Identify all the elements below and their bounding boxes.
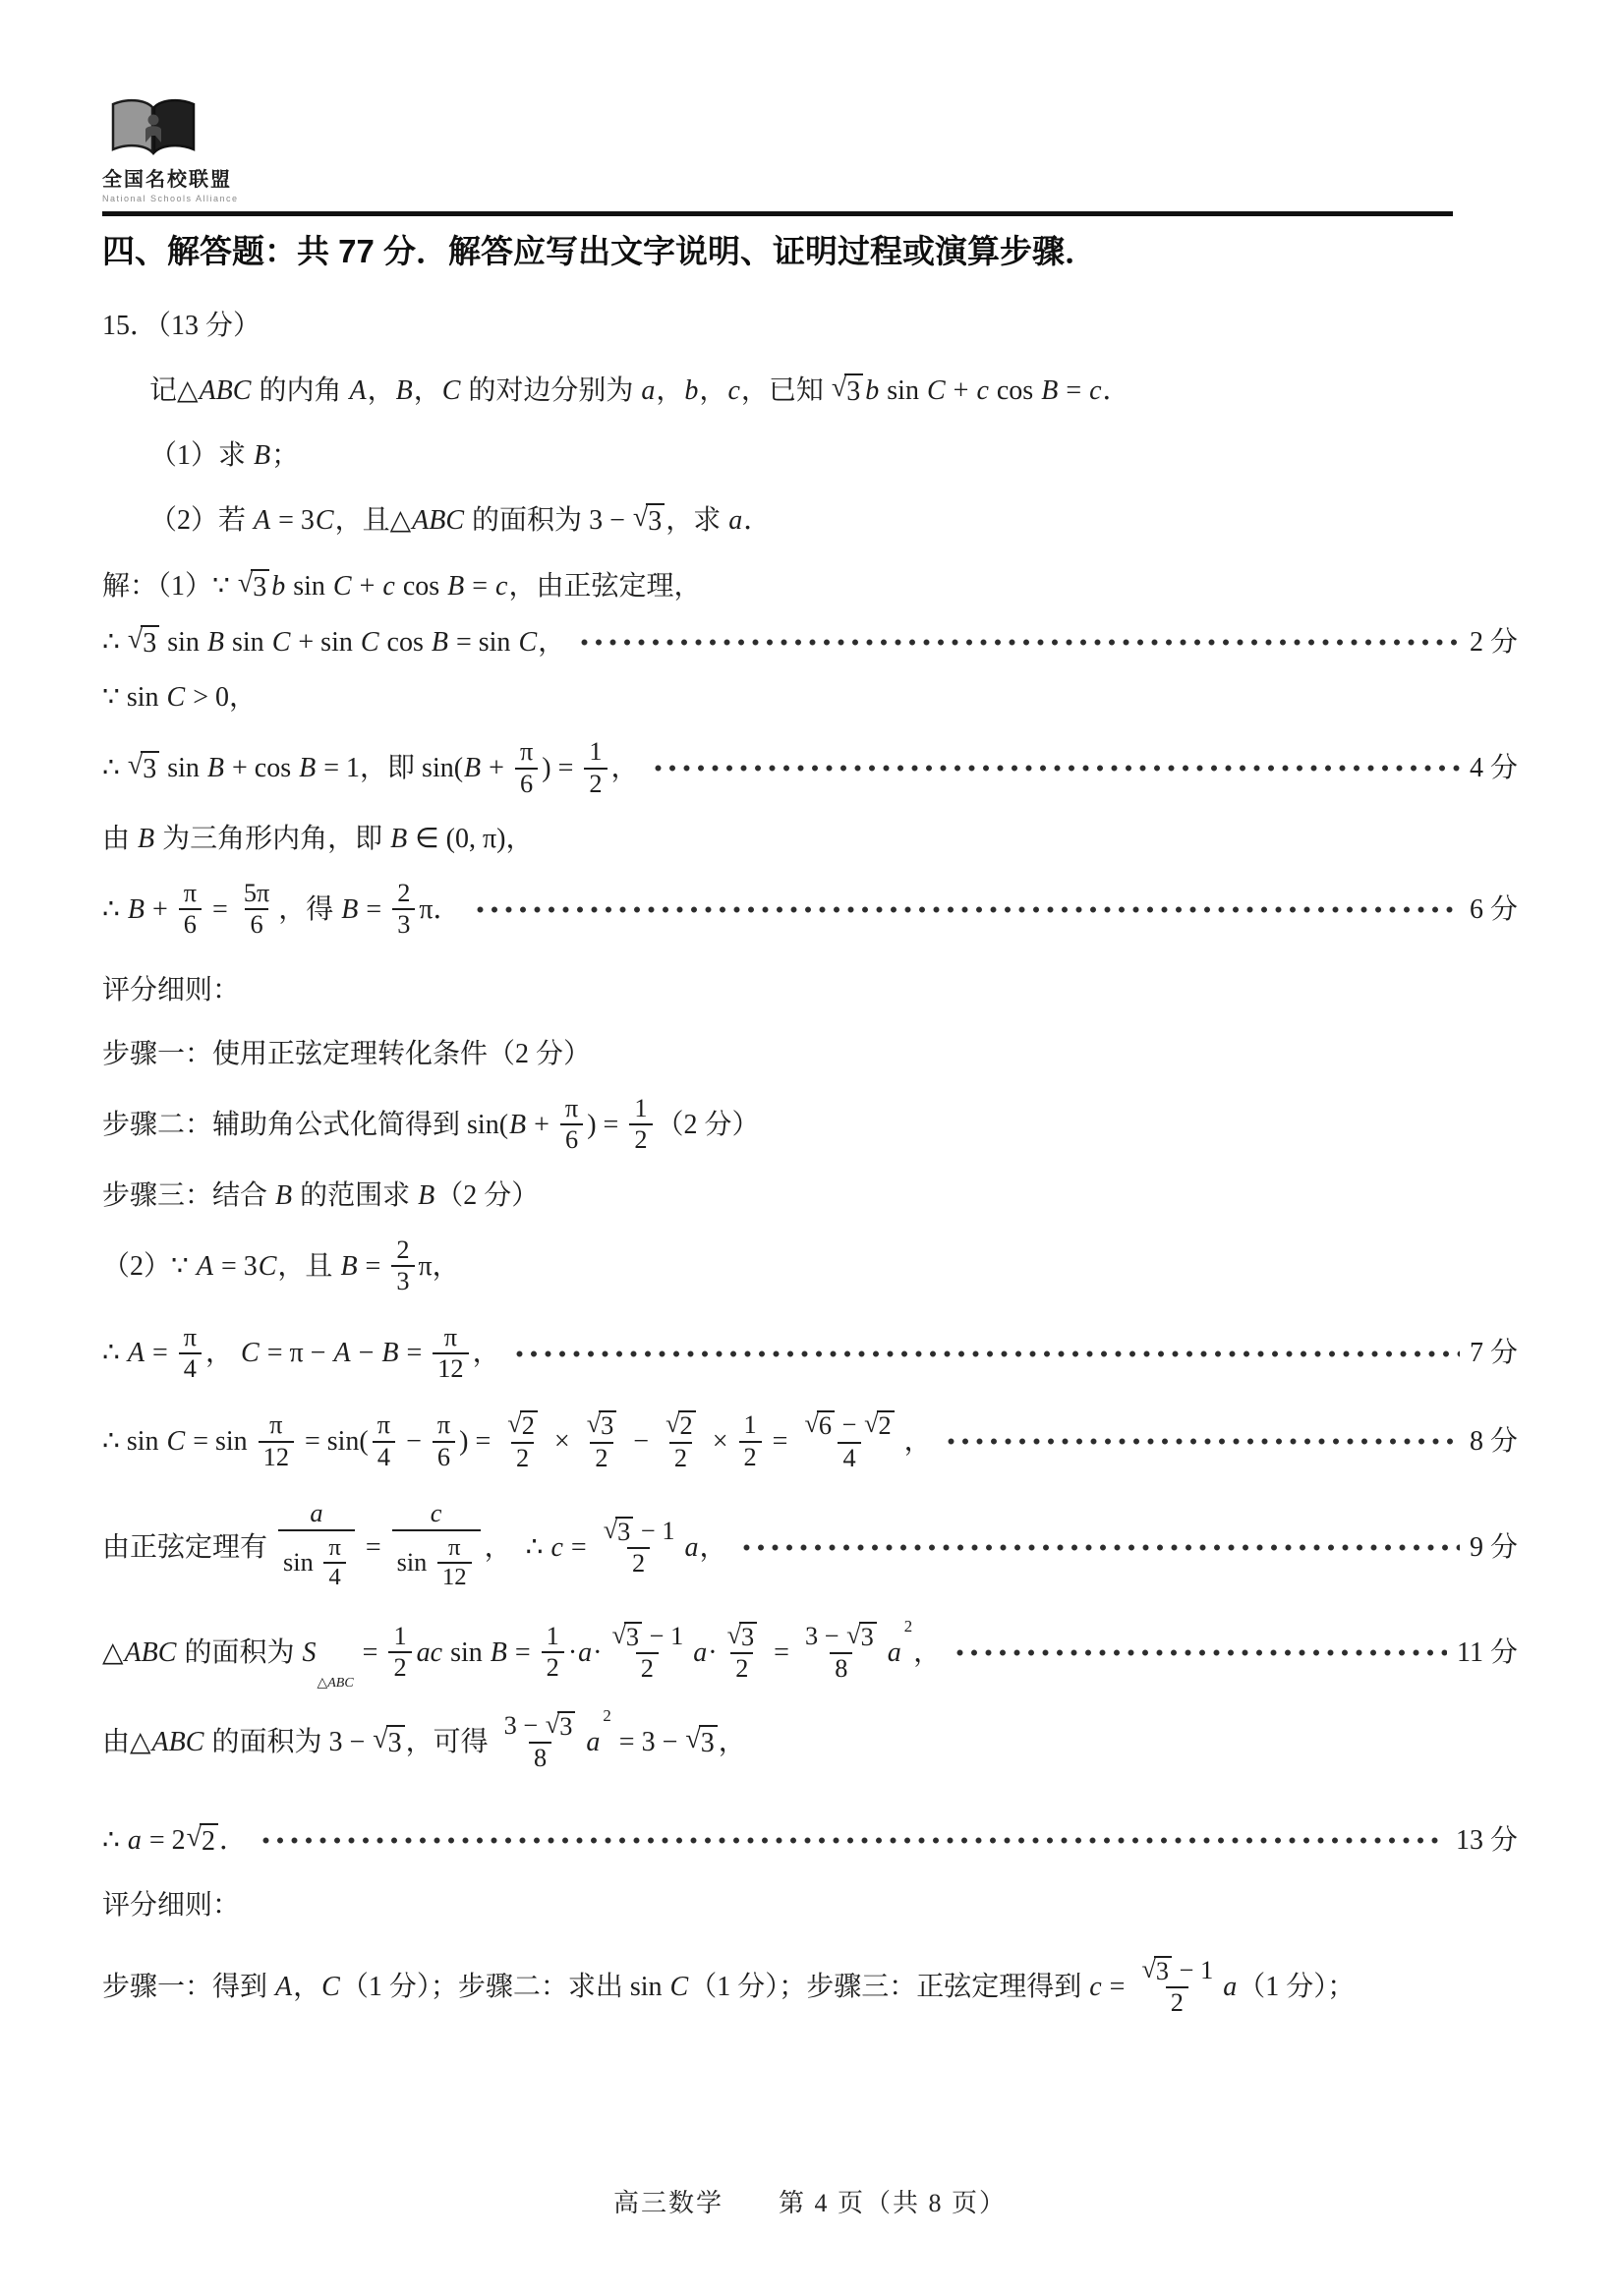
numerator: √3 bbox=[722, 1621, 764, 1652]
math-roman: = bbox=[508, 1636, 538, 1669]
chinese-text: ，可得 bbox=[406, 1726, 495, 1758]
numerator: 3 − √3 bbox=[800, 1621, 883, 1652]
denominator: 3 bbox=[392, 908, 415, 940]
math-variable: A bbox=[348, 374, 367, 407]
math-roman: cos bbox=[380, 626, 431, 659]
math-variable: B bbox=[431, 626, 449, 659]
math-roman: 3 bbox=[1156, 1958, 1169, 1985]
chinese-text: （1 分）； bbox=[1238, 1971, 1355, 2003]
denominator: 2 bbox=[1166, 1986, 1188, 2018]
chinese-text: （2 分） bbox=[435, 1179, 539, 1212]
math-roman: sin bbox=[286, 570, 332, 603]
solution-line-10: 由正弦定理有 asin π4 = csin π12， ∴ c = √3 − 12… bbox=[102, 1497, 1518, 1597]
math-roman: 3 bbox=[559, 1713, 572, 1741]
math-roman: cos bbox=[396, 570, 446, 603]
chinese-text: ． bbox=[1103, 374, 1130, 407]
denominator: 6 bbox=[433, 1441, 455, 1472]
chinese-text: ， bbox=[433, 1250, 460, 1283]
chinese-text: 步骤三：结合 bbox=[102, 1179, 274, 1212]
math-variable: B bbox=[508, 1109, 527, 1141]
fraction: π12 bbox=[433, 1323, 468, 1385]
denominator: 6 bbox=[245, 908, 267, 940]
math-variable: ac bbox=[416, 1636, 443, 1669]
math-roman: = bbox=[359, 893, 388, 926]
math-variable: B bbox=[137, 823, 155, 855]
math-roman: ∵ sin bbox=[102, 681, 166, 714]
math-roman: 3 bbox=[617, 1519, 630, 1546]
math-variable: ABC bbox=[411, 504, 465, 537]
math-roman: π bbox=[419, 893, 433, 926]
math-roman: = 2 bbox=[143, 1824, 186, 1857]
dotted-leader bbox=[581, 639, 1460, 646]
math-roman: 2 bbox=[735, 1655, 748, 1683]
line-content: ∴ a = 2√2． bbox=[102, 1823, 247, 1858]
math-roman: 2 bbox=[632, 1550, 645, 1578]
math-roman: 3 bbox=[396, 1268, 409, 1295]
numerator: π bbox=[179, 1323, 202, 1352]
chinese-text: ，得 bbox=[278, 893, 340, 926]
line-content: ∴ √3 sin B + cos B = 1，即 sin(B + π6) = 1… bbox=[102, 735, 639, 801]
denominator: 8 bbox=[830, 1652, 852, 1684]
math-roman: = 3 bbox=[214, 1250, 258, 1283]
denominator: 2 bbox=[511, 1442, 534, 1473]
math-roman: 3 bbox=[143, 627, 156, 660]
denominator: 12 bbox=[433, 1352, 468, 1384]
math-roman: 2 bbox=[393, 1654, 406, 1682]
radicand: 2 bbox=[520, 1410, 538, 1440]
math-roman: + cos bbox=[225, 752, 298, 784]
radicand: 3 bbox=[1154, 1956, 1172, 1985]
sqrt-radical: √3 bbox=[1141, 1956, 1172, 1985]
chinese-text: （2）若 bbox=[149, 504, 253, 537]
radicand: 2 bbox=[678, 1410, 696, 1440]
numerator: 1 bbox=[629, 1094, 652, 1123]
denominator: 4 bbox=[179, 1352, 202, 1384]
chinese-text: （1 分）；步骤三：正弦定理得到 bbox=[689, 1971, 1088, 2003]
math-roman: 1 bbox=[547, 1623, 559, 1650]
math-variable: ABC bbox=[151, 1726, 205, 1758]
denominator: 2 bbox=[584, 768, 607, 799]
math-roman: 3 − bbox=[805, 1623, 845, 1650]
numerator: π bbox=[560, 1094, 583, 1123]
part2-question: （2）若 A = 3C，且△ABC 的面积为 3 − √3，求 a． bbox=[149, 503, 1518, 538]
numerator: √2 bbox=[501, 1409, 544, 1441]
math-roman: = 3 − bbox=[612, 1726, 685, 1758]
math-variable: c bbox=[550, 1531, 563, 1564]
chinese-text: 评分细则： bbox=[102, 974, 240, 1006]
chinese-text: 的面积为 bbox=[465, 504, 589, 537]
chinese-text: ，即 bbox=[360, 752, 422, 784]
math-roman: 2 bbox=[397, 880, 410, 907]
dotted-leader bbox=[948, 1438, 1460, 1445]
solution-line-8: ∴ A = π4， C = π − A − B = π12，7 分 bbox=[102, 1321, 1518, 1387]
superscript: 2 bbox=[603, 1706, 610, 1726]
line-content: 步骤一：使用正弦定理转化条件（2 分） bbox=[102, 1038, 591, 1070]
denominator: 2 bbox=[590, 1442, 612, 1473]
dotted-leader bbox=[956, 1649, 1447, 1656]
sqrt-radical: √3 bbox=[611, 1622, 642, 1651]
math-roman: 2 bbox=[522, 1412, 535, 1440]
numerator: √3 − 1 bbox=[1135, 1955, 1218, 1986]
math-variable: B bbox=[1040, 374, 1059, 407]
math-roman: > 0 bbox=[186, 681, 229, 714]
line-content: 由正弦定理有 asin π4 = csin π12， ∴ c = √3 − 12… bbox=[102, 1497, 727, 1597]
radicand: 3 bbox=[386, 1725, 405, 1759]
math-roman: = bbox=[767, 1636, 796, 1669]
math-variable: B bbox=[417, 1179, 435, 1212]
denominator: 4 bbox=[323, 1562, 345, 1592]
math-roman: ∴ bbox=[102, 626, 127, 659]
denominator: 2 bbox=[636, 1652, 659, 1684]
denominator: 12 bbox=[437, 1562, 472, 1592]
radicand: 3 bbox=[739, 1622, 757, 1651]
math-roman: 6 bbox=[565, 1126, 578, 1154]
math-variable: a bbox=[640, 374, 656, 407]
numerator: √3 bbox=[581, 1409, 623, 1441]
line-content: 评分细则： bbox=[102, 1889, 240, 1922]
math-roman: ) = bbox=[587, 1109, 625, 1141]
math-roman: 2 bbox=[516, 1445, 529, 1472]
chinese-text: （2）∵ bbox=[102, 1250, 196, 1283]
chinese-text: ， bbox=[699, 374, 726, 407]
numerator: π bbox=[515, 737, 538, 767]
math-variable: c bbox=[726, 374, 740, 407]
fraction: 12 bbox=[388, 1622, 411, 1684]
line-content: （2）若 A = 3C，且△ABC 的面积为 3 − √3，求 a． bbox=[149, 503, 771, 538]
math-roman: π bbox=[448, 1535, 461, 1562]
denominator: 2 bbox=[388, 1651, 411, 1683]
radicand: 3 bbox=[251, 569, 269, 603]
chinese-text: 的面积为 bbox=[204, 1726, 328, 1758]
solution-line-9: ∴ sin C = sin π12 = sin(π4 − π6) = √22 ×… bbox=[102, 1407, 1518, 1475]
sqrt-radical: √3 bbox=[238, 569, 269, 603]
math-roman: 6 bbox=[437, 1444, 450, 1471]
math-roman: 2 bbox=[547, 1654, 559, 1682]
rubric-steps-part2: 步骤一：得到 A，C（1 分）；步骤二：求出 sin C（1 分）；步骤三：正弦… bbox=[102, 1953, 1518, 2021]
numerator: π bbox=[264, 1410, 287, 1440]
sqrt-radical: √3 bbox=[846, 1622, 877, 1651]
math-variable: a bbox=[727, 504, 743, 537]
math-variable: C bbox=[332, 570, 353, 603]
chinese-text: ， bbox=[414, 374, 441, 407]
chinese-text: 由正弦定理有 bbox=[102, 1531, 274, 1564]
fraction: √32 bbox=[581, 1409, 623, 1473]
chinese-text: ； bbox=[271, 439, 299, 472]
dotted-leader bbox=[655, 765, 1460, 772]
math-roman: 12 bbox=[442, 1565, 467, 1591]
math-roman: 2 bbox=[680, 1412, 693, 1440]
fraction: csin π12 bbox=[392, 1499, 481, 1595]
math-roman: = 3 bbox=[271, 504, 315, 537]
math-variable: c bbox=[430, 1500, 443, 1527]
footer-course: 高三数学 bbox=[613, 2189, 723, 2217]
sqrt-radical: √2 bbox=[665, 1410, 696, 1440]
math-roman: π bbox=[184, 1324, 197, 1351]
math-roman: ∴ bbox=[102, 1824, 127, 1857]
math-roman: π bbox=[328, 1535, 341, 1562]
fraction: √3 − 12 bbox=[598, 1516, 680, 1579]
chinese-text: 记△ bbox=[149, 374, 199, 407]
math-roman: π bbox=[437, 1411, 450, 1439]
section-heading: 四、解答题：共 77 分．解答应写出文字说明、证明过程或演算步骤． bbox=[102, 226, 1518, 272]
fraction: √6 − √24 bbox=[798, 1409, 899, 1473]
chinese-text: ，求 bbox=[665, 504, 727, 537]
numerator: √6 − √2 bbox=[798, 1409, 899, 1441]
math-roman: π bbox=[565, 1095, 578, 1122]
math-roman: 3 − bbox=[589, 504, 632, 537]
exam-answer-page: 全国名校联盟 National Schools Alliance 四、解答题：共… bbox=[0, 0, 1620, 2296]
superscript: 2 bbox=[904, 1617, 912, 1636]
math-roman: + bbox=[145, 893, 175, 926]
part1-question: （1）求 B； bbox=[149, 439, 1518, 472]
line-content: 由△ABC 的面积为 3 − √3，可得 3 − √38a2 = 3 − √3， bbox=[102, 1708, 746, 1776]
math-roman: 3 bbox=[626, 1624, 639, 1651]
math-roman: − 1 bbox=[643, 1623, 683, 1650]
math-roman: ) = bbox=[542, 752, 580, 784]
fraction: π12 bbox=[259, 1410, 294, 1472]
page-footer: 高三数学第 4 页（共 8 页） bbox=[102, 2183, 1518, 2219]
solution-line-12: 由△ABC 的面积为 3 − √3，可得 3 − √38a2 = 3 − √3， bbox=[102, 1708, 1518, 1776]
line-content: ∴ A = π4， C = π − A − B = π12， bbox=[102, 1321, 500, 1387]
math-variable: c bbox=[494, 570, 508, 603]
denominator: 2 bbox=[629, 1123, 652, 1155]
denominator: 4 bbox=[838, 1442, 860, 1473]
math-variable: A bbox=[332, 1337, 351, 1369]
math-variable: c bbox=[381, 570, 395, 603]
dotted-leader bbox=[743, 1544, 1460, 1551]
rubric-step-1: 步骤一：使用正弦定理转化条件（2 分） bbox=[102, 1038, 1518, 1070]
fraction: √22 bbox=[660, 1409, 702, 1473]
math-variable: B bbox=[206, 626, 225, 659]
math-variable: A bbox=[274, 1971, 293, 2003]
math-roman: − 1 bbox=[634, 1518, 674, 1545]
sqrt-radical: √3 bbox=[604, 1517, 634, 1546]
score-label: 4 分 bbox=[1470, 752, 1518, 784]
math-variable: c bbox=[1088, 1971, 1102, 2003]
logo-subtitle: National Schools Alliance bbox=[102, 194, 250, 203]
math-roman: 3 bbox=[648, 505, 662, 538]
sqrt-radical: √2 bbox=[864, 1410, 895, 1440]
line-content: （1）求 B； bbox=[149, 439, 299, 472]
math-roman: 3 bbox=[143, 753, 156, 785]
fraction: π6 bbox=[560, 1094, 583, 1156]
math-variable: B bbox=[127, 893, 145, 926]
math-roman: 3 − bbox=[328, 1726, 372, 1758]
math-roman: 3 bbox=[388, 1727, 402, 1759]
solution-line-2: ∴ √3 sin B sin C + sin C cos B = sin C，2… bbox=[102, 625, 1518, 660]
math-roman: sin bbox=[160, 752, 206, 784]
sqrt-radical: √2 bbox=[187, 1823, 218, 1858]
chinese-text: ， bbox=[229, 681, 257, 714]
score-label: 2 分 bbox=[1470, 626, 1518, 659]
math-variable: C bbox=[258, 1250, 278, 1283]
fraction: 12 bbox=[584, 737, 607, 799]
math-roman: − bbox=[352, 1337, 381, 1369]
math-variable: C bbox=[166, 681, 187, 714]
math-roman: 2 bbox=[744, 1444, 757, 1471]
score-label: 9 分 bbox=[1470, 1531, 1518, 1564]
math-roman: 3 − bbox=[504, 1712, 545, 1740]
math-roman: π bbox=[419, 1250, 433, 1283]
math-roman: = bbox=[1103, 1971, 1132, 2003]
math-roman: 3 bbox=[861, 1624, 874, 1651]
math-roman: sin( bbox=[422, 752, 463, 784]
score-label: 8 分 bbox=[1470, 1425, 1518, 1458]
chinese-text: 的内角 bbox=[252, 374, 348, 407]
fraction: 12 bbox=[542, 1622, 564, 1684]
chinese-text: ， bbox=[913, 1636, 941, 1669]
math-variable: B bbox=[298, 752, 317, 784]
chinese-text: 步骤一：使用正弦定理转化条件（2 分） bbox=[102, 1038, 591, 1070]
subscript: △ABC bbox=[317, 1676, 353, 1693]
math-variable: B bbox=[490, 1636, 508, 1669]
math-roman: = bbox=[1059, 374, 1088, 407]
fraction: 5π6 bbox=[239, 879, 274, 941]
fraction: 12 bbox=[629, 1094, 652, 1156]
chinese-text: 15．（13 分） bbox=[102, 310, 260, 342]
math-variable: a bbox=[127, 1824, 143, 1857]
fraction: π6 bbox=[515, 737, 538, 799]
math-roman: = bbox=[564, 1531, 594, 1564]
denominator: 2 bbox=[730, 1652, 753, 1684]
math-roman: = π − bbox=[260, 1337, 333, 1369]
math-roman: × bbox=[548, 1425, 577, 1458]
math-variable: B bbox=[463, 752, 482, 784]
math-roman: 1 bbox=[589, 738, 602, 766]
math-roman: sin( bbox=[467, 1109, 508, 1141]
line-content: ∵ sin C > 0， bbox=[102, 681, 257, 714]
radicand: 2 bbox=[877, 1410, 895, 1440]
fraction: π4 bbox=[179, 1323, 202, 1385]
rubric-step-2: 步骤二：辅助角公式化简得到 sin(B + π6) = 12（2 分） bbox=[102, 1092, 1518, 1158]
math-variable: a bbox=[887, 1636, 902, 1669]
solution-line-13: ∴ a = 2√2．13 分 bbox=[102, 1823, 1518, 1858]
math-roman: π bbox=[520, 738, 533, 766]
score-label: 13 分 bbox=[1456, 1824, 1518, 1857]
numerator: 1 bbox=[739, 1410, 762, 1440]
math-roman: π bbox=[444, 1324, 457, 1351]
sqrt-radical: √3 bbox=[685, 1725, 717, 1759]
math-roman: = bbox=[465, 570, 494, 603]
chinese-text: 的面积为 bbox=[177, 1636, 301, 1669]
dotted-leader bbox=[262, 1837, 1446, 1844]
numerator: √3 − 1 bbox=[598, 1516, 680, 1547]
line-content: ∴ B + π6 = 5π6，得 B = 23π． bbox=[102, 877, 461, 943]
math-roman: ∴ bbox=[102, 752, 127, 784]
denominator: 6 bbox=[179, 908, 202, 940]
math-variable: b bbox=[683, 374, 699, 407]
line-content: 评分细则： bbox=[102, 974, 240, 1006]
chinese-text: 为三角形内角，即 bbox=[155, 823, 389, 855]
solution-line-6: ∴ B + π6 = 5π6，得 B = 23π．6 分 bbox=[102, 877, 1518, 943]
math-variable: a bbox=[1222, 1971, 1238, 2003]
math-variable: B bbox=[389, 823, 408, 855]
math-roman: 3 bbox=[846, 375, 860, 408]
math-variable: C bbox=[240, 1337, 260, 1369]
chinese-text: ，且△ bbox=[335, 504, 412, 537]
math-roman: 3 bbox=[601, 1412, 613, 1440]
math-roman: = bbox=[356, 1636, 385, 1669]
fraction: √3 − 12 bbox=[606, 1621, 688, 1685]
math-roman: 1 bbox=[393, 1623, 406, 1650]
line-content: 解：（1）∵ √3b sin C + c cos B = c，由正弦定理， bbox=[102, 569, 702, 603]
math-variable: C bbox=[320, 1971, 341, 2003]
header-divider bbox=[102, 211, 1453, 216]
numerator: π bbox=[373, 1410, 395, 1440]
line-content: ∴ √3 sin B sin C + sin C cos B = sin C， bbox=[102, 625, 565, 660]
solution-line-3: ∵ sin C > 0， bbox=[102, 681, 1518, 714]
numerator: 5π bbox=[239, 879, 274, 908]
fraction: 3 − √38 bbox=[800, 1621, 883, 1685]
numerator: π bbox=[179, 879, 202, 908]
radicand: 3 bbox=[624, 1622, 642, 1651]
solution-line-1: 解：（1）∵ √3b sin C + c cos B = c，由正弦定理， bbox=[102, 569, 1518, 603]
math-roman: 3 bbox=[253, 571, 266, 603]
open-book-logo-icon bbox=[108, 98, 199, 159]
math-variable: a bbox=[309, 1500, 323, 1527]
math-roman: = 1 bbox=[317, 752, 360, 784]
math-variable: B bbox=[274, 1179, 293, 1212]
chinese-text: ． bbox=[434, 893, 461, 926]
math-roman: 4 bbox=[842, 1445, 855, 1472]
chinese-text: 解：（1）∵ bbox=[102, 570, 237, 603]
math-variable: a bbox=[577, 1636, 593, 1669]
math-roman: = bbox=[359, 1531, 388, 1564]
score-label: 7 分 bbox=[1470, 1337, 1518, 1369]
math-variable: C bbox=[517, 626, 538, 659]
math-roman: ∴ bbox=[102, 1337, 127, 1369]
math-roman: = sin( bbox=[298, 1425, 369, 1458]
math-roman: 2 bbox=[879, 1412, 892, 1440]
math-variable: ABC bbox=[199, 374, 253, 407]
math-variable: A bbox=[196, 1250, 214, 1283]
math-roman: 4 bbox=[184, 1355, 197, 1383]
radicand: 3 bbox=[646, 503, 665, 538]
chinese-text: （2 分） bbox=[657, 1109, 760, 1141]
chinese-text: 评分细则： bbox=[102, 1889, 240, 1922]
math-roman: · bbox=[708, 1636, 717, 1669]
math-variable: c bbox=[975, 374, 989, 407]
math-roman: 3 bbox=[741, 1624, 754, 1651]
math-variable: b bbox=[270, 570, 286, 603]
math-roman: sin bbox=[880, 374, 926, 407]
numerator: √2 bbox=[660, 1409, 702, 1441]
chinese-text: △ bbox=[102, 1636, 124, 1669]
numerator: π bbox=[443, 1534, 466, 1563]
chinese-text: ， bbox=[699, 1531, 726, 1564]
math-roman: sin bbox=[225, 626, 271, 659]
numerator: 1 bbox=[584, 737, 607, 767]
math-roman: = bbox=[766, 1425, 795, 1458]
math-variable: B bbox=[206, 752, 225, 784]
score-label: 11 分 bbox=[1457, 1636, 1518, 1669]
numerator: π bbox=[439, 1323, 462, 1352]
numerator: 1 bbox=[388, 1622, 411, 1651]
math-roman: · bbox=[568, 1636, 577, 1669]
line-content: ∴ sin C = sin π12 = sin(π4 − π6) = √22 ×… bbox=[102, 1407, 932, 1475]
math-roman: ∴ bbox=[526, 1531, 550, 1564]
radicand: 3 bbox=[699, 1725, 718, 1759]
math-roman: sin bbox=[630, 1971, 669, 2003]
denominator: 2 bbox=[669, 1442, 692, 1473]
math-roman: 2 bbox=[634, 1126, 647, 1154]
line-content: 步骤一：得到 A，C（1 分）；步骤二：求出 sin C（1 分）；步骤三：正弦… bbox=[102, 1953, 1355, 2021]
chinese-text: ， bbox=[368, 374, 395, 407]
chinese-text: ， bbox=[205, 1337, 240, 1369]
math-variable: ABC bbox=[124, 1636, 178, 1669]
math-variable: C bbox=[166, 1425, 187, 1458]
math-roman: − bbox=[399, 1425, 429, 1458]
